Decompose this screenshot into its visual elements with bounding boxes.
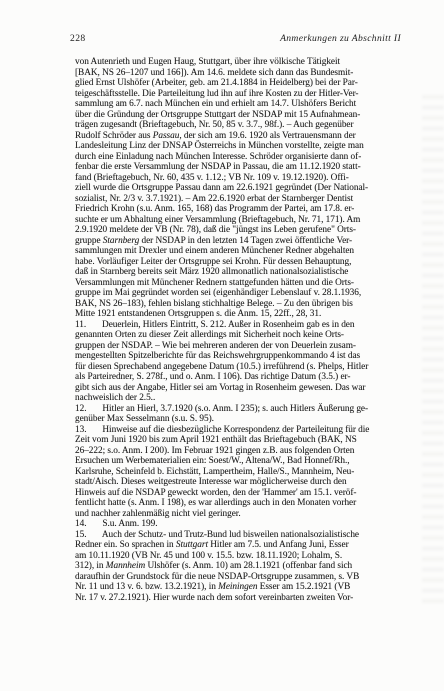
text-line: gruppe im Mai gegründet worden sei (eige… — [75, 288, 401, 299]
text-line: Rudolf Schröder aus Passau, der sich am … — [75, 131, 401, 142]
text-line: fenbar die erste Versammlung der NSDAP i… — [75, 162, 401, 173]
text-line: daraufhin der Grundstock für die neue NS… — [75, 572, 401, 583]
text-line: 312), in Mannheim Ulshöfer (s. Anm. 10) … — [75, 561, 401, 572]
text-line: Karlsruhe, Scheinfeld b. Eichstätt, Lamp… — [75, 467, 401, 478]
text-line: trägen zugesandt (Brieftagebuch, Nr. 50,… — [75, 120, 401, 131]
text-line: nachweislich der 2.5.. — [75, 393, 401, 404]
page-number: 228 — [70, 33, 86, 44]
text-line: Nr. 17 v. 27.2.1921). Hier wurde nach de… — [75, 593, 401, 604]
text-line: von Autenrieth und Eugen Haug, Stuttgart… — [75, 57, 401, 68]
text-line: als Parteiredner, S. 278f., und o. Anm. … — [75, 372, 401, 383]
text-line: genüber Max Sesselmann (s.u. S. 95). — [75, 414, 401, 425]
text-line: suchte er um Abhaltung einer Versammlung… — [75, 215, 401, 226]
text-line: über die Gründung der Ortsgruppe Stuttga… — [75, 110, 401, 121]
text-line: 12. Hitler an Hierl, 3.7.1920 (s.o. Anm.… — [75, 404, 401, 415]
footnote-13: 13. Hinweise auf die diesbezügliche Korr… — [75, 425, 401, 520]
text-line: am 10.11.1920 (VB Nr. 45 und 100 v. 15.5… — [75, 551, 401, 562]
text-line: gruppen der NSDAP. – Wie bei mehreren an… — [75, 341, 401, 352]
page-bleedthrough-artifact — [422, 95, 444, 605]
text-line: 2.9.1920 meldete der VB (Nr. 78), daß di… — [75, 225, 401, 236]
text-line: Ersuchen um Werbematerialien ein: Soest/… — [75, 456, 401, 467]
text-line: habe. Vorläufiger Leiter der Ortsgruppe … — [75, 257, 401, 268]
text-line: Friedrich Krohn (s.u. Anm. 165, 168) das… — [75, 204, 401, 215]
text-line: teigeschäftsstelle. Die Parteileitung lu… — [75, 89, 401, 100]
text-line: daß in Starnberg bereits seit März 1920 … — [75, 267, 401, 278]
text-line: fand (Brieftagebuch, Nr. 60, 435 v. 1.12… — [75, 173, 401, 184]
text-line: Nr. 11 und 13 v. 6. bzw. 13.2.1921), in … — [75, 582, 401, 593]
text-line: Redner ein. So sprachen in Stuttgart Hit… — [75, 540, 401, 551]
text-line: Mitte 1921 entstandenen Ortsgruppen s. d… — [75, 309, 401, 320]
text-line: mengestellten Spitzelberichte für das Re… — [75, 351, 401, 362]
running-title: Anmerkungen zu Abschnitt II — [280, 33, 401, 44]
text-line: genannten Orten zu dieser Zeit allerding… — [75, 330, 401, 341]
text-line: BAK, NS 26–183), fehlen bislang stichhal… — [75, 299, 401, 310]
text-line: Zeit vom Juni 1920 bis zum April 1921 en… — [75, 435, 401, 446]
footnote-10-continuation: von Autenrieth und Eugen Haug, Stuttgart… — [75, 57, 401, 320]
text-line: sammlungen mit Drexler und einem anderen… — [75, 246, 401, 257]
text-line: Versammlungen mit Münchener Rednern stat… — [75, 278, 401, 289]
text-line: 26–222; s.o. Anm. I 200). Im Februar 192… — [75, 446, 401, 457]
text-line: stadt/Aisch. Dieses weitgestreute Intere… — [75, 477, 401, 488]
text-line: Hinweis auf die NSDAP geweckt worden, de… — [75, 488, 401, 499]
text-line: Landesleitung Linz der DNSAP Österreichs… — [75, 141, 401, 152]
text-line: durch eine Einladung nach München Intere… — [75, 152, 401, 163]
text-line: ziell wurde die Ortsgruppe Passau dann a… — [75, 183, 401, 194]
text-line: gibt sich aus der Angabe, Hitler sei am … — [75, 383, 401, 394]
text-line: fentlicht hatte (s. Anm. I 198), es war … — [75, 498, 401, 509]
text-line: und nachher zahlenmäßig nicht viel gerin… — [75, 509, 401, 520]
text-line: [BAK, NS 26–1207 und 166]). Am 14.6. mel… — [75, 68, 401, 79]
footnote-14: 14. S.u. Anm. 199. — [75, 519, 401, 530]
text-line: gruppe Starnberg der NSDAP in den letzte… — [75, 236, 401, 247]
text-line: 15. Auch der Schutz- und Trutz-Bund lud … — [75, 530, 401, 541]
text-line: sammlung am 6.7. nach München ein und er… — [75, 99, 401, 110]
text-line: glied Ernst Ulshöfer (Arbeiter, geb. am … — [75, 78, 401, 89]
page-header: 228 Anmerkungen zu Abschnitt II — [70, 33, 401, 44]
page-body: von Autenrieth und Eugen Haug, Stuttgart… — [75, 57, 401, 603]
footnote-12: 12. Hitler an Hierl, 3.7.1920 (s.o. Anm.… — [75, 404, 401, 425]
text-line: für diesen Sprechabend angegebene Datum … — [75, 362, 401, 373]
text-line: 13. Hinweise auf die diesbezügliche Korr… — [75, 425, 401, 436]
text-line: 14. S.u. Anm. 199. — [75, 519, 401, 530]
text-line: 11. Deuerlein, Hitlers Eintritt, S. 212.… — [75, 320, 401, 331]
book-page: 228 Anmerkungen zu Abschnitt II von Aute… — [0, 0, 444, 691]
text-line: sozialist, Nr. 2/3 v. 3.7.1921). – Am 22… — [75, 194, 401, 205]
footnote-15: 15. Auch der Schutz- und Trutz-Bund lud … — [75, 530, 401, 604]
footnote-11: 11. Deuerlein, Hitlers Eintritt, S. 212.… — [75, 320, 401, 404]
